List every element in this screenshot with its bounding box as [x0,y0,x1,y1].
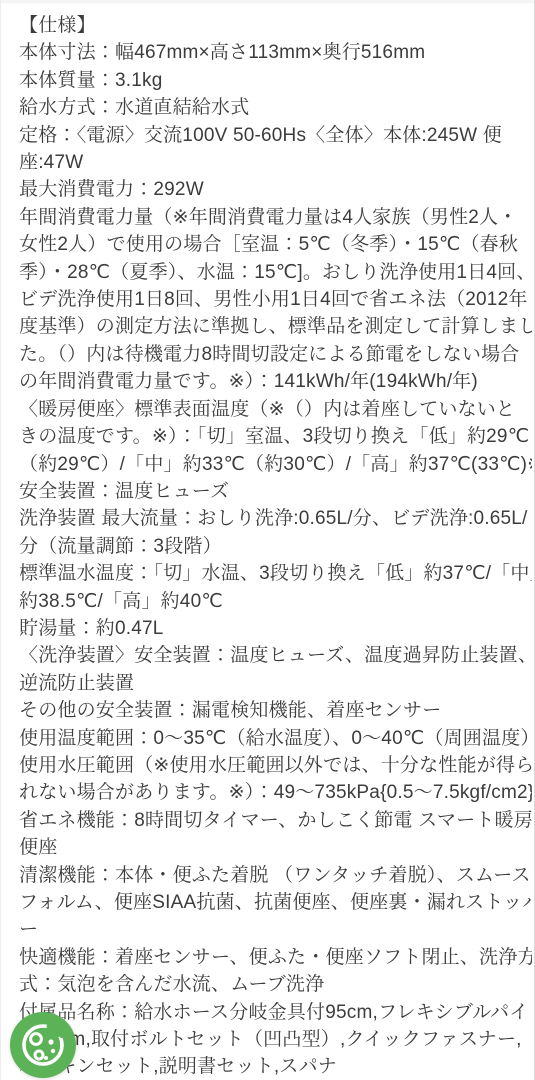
spec-line: 給水方式：水道直結給水式 [19,94,532,121]
cookie-icon [10,1012,76,1078]
spec-line: きの温度です。※）：「切」室温、3段切り換え「低」約29℃ [19,423,532,450]
spec-line: 使用温度範囲：0〜35℃（給水温度）、0〜40℃（周囲温度） [19,725,532,752]
spec-line: 安全装置：温度ヒューズ [19,478,532,505]
spec-line: （約29℃）/「中」約33℃（約30℃）/「高」約37℃(33℃)※ [19,451,532,478]
spec-line: 標準温水温度：「切」水温、3段切り換え「低」約37℃/「中」 [19,560,532,587]
spec-lines: 本体寸法：幅467mm×高さ113mm×奥行516mm本体質量：3.1kg給水方… [19,39,532,1080]
spec-line: パッキンセット,説明書セット,スパナ [19,1053,532,1080]
product-spec-page: 【仕様】 本体寸法：幅467mm×高さ113mm×奥行516mm本体質量：3.1… [0,0,535,1080]
spec-line: フォルム、便座SIAA抗菌、抗菌便座、便座裏・漏れストッパ [19,889,532,916]
spec-line: 最大消費電力：292W [19,176,532,203]
spec-line: 付属品名称：給水ホース分岐金具付95cm,フレキシブルパイ [19,999,532,1026]
spec-line: 貯湯量：約0.47L [19,615,532,642]
spec-heading: 【仕様】 [19,12,532,39]
spec-line: その他の安全装置：漏電検知機能、着座センサー [19,697,532,724]
spec-line: 〈暖房便座〉標準表面温度（※（）内は着座していないと [19,396,532,423]
spec-line: 使用水圧範囲（※使用水圧範囲以外では、十分な性能が得ら [19,752,532,779]
spec-line: れない場合があります。※）：49〜735kPa{0.5〜7.5kgf/cm2} [19,779,532,806]
spec-text-block: 【仕様】 本体寸法：幅467mm×高さ113mm×奥行516mm本体質量：3.1… [1,4,534,1080]
spec-line: 式：気泡を含んだ水流、ムーブ洗浄 [19,971,532,998]
spec-line: プ14cm,取付ボルトセット（凹凸型）,クイックファスナー, [19,1026,532,1053]
spec-line: 女性2人）で使用の場合［室温：5℃（冬季）・15℃（春秋 [19,231,532,258]
spec-line: ビデ洗浄使用1日8回、男性小用1日4回で省エネ法（2012年 [19,286,532,313]
spec-line: 季）・28℃（夏季）、水温：15℃]。おしり洗浄使用1日4回、 [19,259,532,286]
cookie-consent-button[interactable] [10,1012,76,1078]
spec-line: 年間消費電力量（※年間消費電力量は4人家族（男性2人・ [19,204,532,231]
spec-line: 本体寸法：幅467mm×高さ113mm×奥行516mm [19,39,532,66]
spec-line: 定格：〈電源〉交流100V 50-60Hs〈全体〉本体:245W 便 [19,122,532,149]
spec-line: た。（）内は待機電力8時間切設定による節電をしない場合 [19,341,532,368]
spec-line: 便座 [19,834,532,861]
spec-line: 清潔機能：本体・便ふた着脱 （ワンタッチ着脱）、スムース [19,862,532,889]
spec-line: 逆流防止装置 [19,670,532,697]
spec-line: 快適機能：着座センサー、便ふた・便座ソフト閉止、洗浄方 [19,944,532,971]
spec-line: 〈洗浄装置〉安全装置：温度ヒューズ、温度過昇防止装置、 [19,642,532,669]
spec-line: 省エネ機能：8時間切タイマー、かしこく節電 スマート暖房 [19,807,532,834]
spec-line: 度基準）の測定方法に準拠し、標準品を測定して計算しまし [19,313,532,340]
spec-line: ー [19,916,532,943]
spec-line: 本体質量：3.1kg [19,67,532,94]
spec-line: 座:47W [19,149,532,176]
spec-line: 分（流量調節：3段階） [19,533,532,560]
spec-line: 約38.5℃/「高」約40℃ [19,588,532,615]
spec-line: の年間消費電力量です。※）：141kWh/年(194kWh/年) [19,368,532,395]
spec-line: 洗浄装置 最大流量：おしり洗浄:0.65L/分、ビデ洗浄:0.65L/ [19,505,532,532]
